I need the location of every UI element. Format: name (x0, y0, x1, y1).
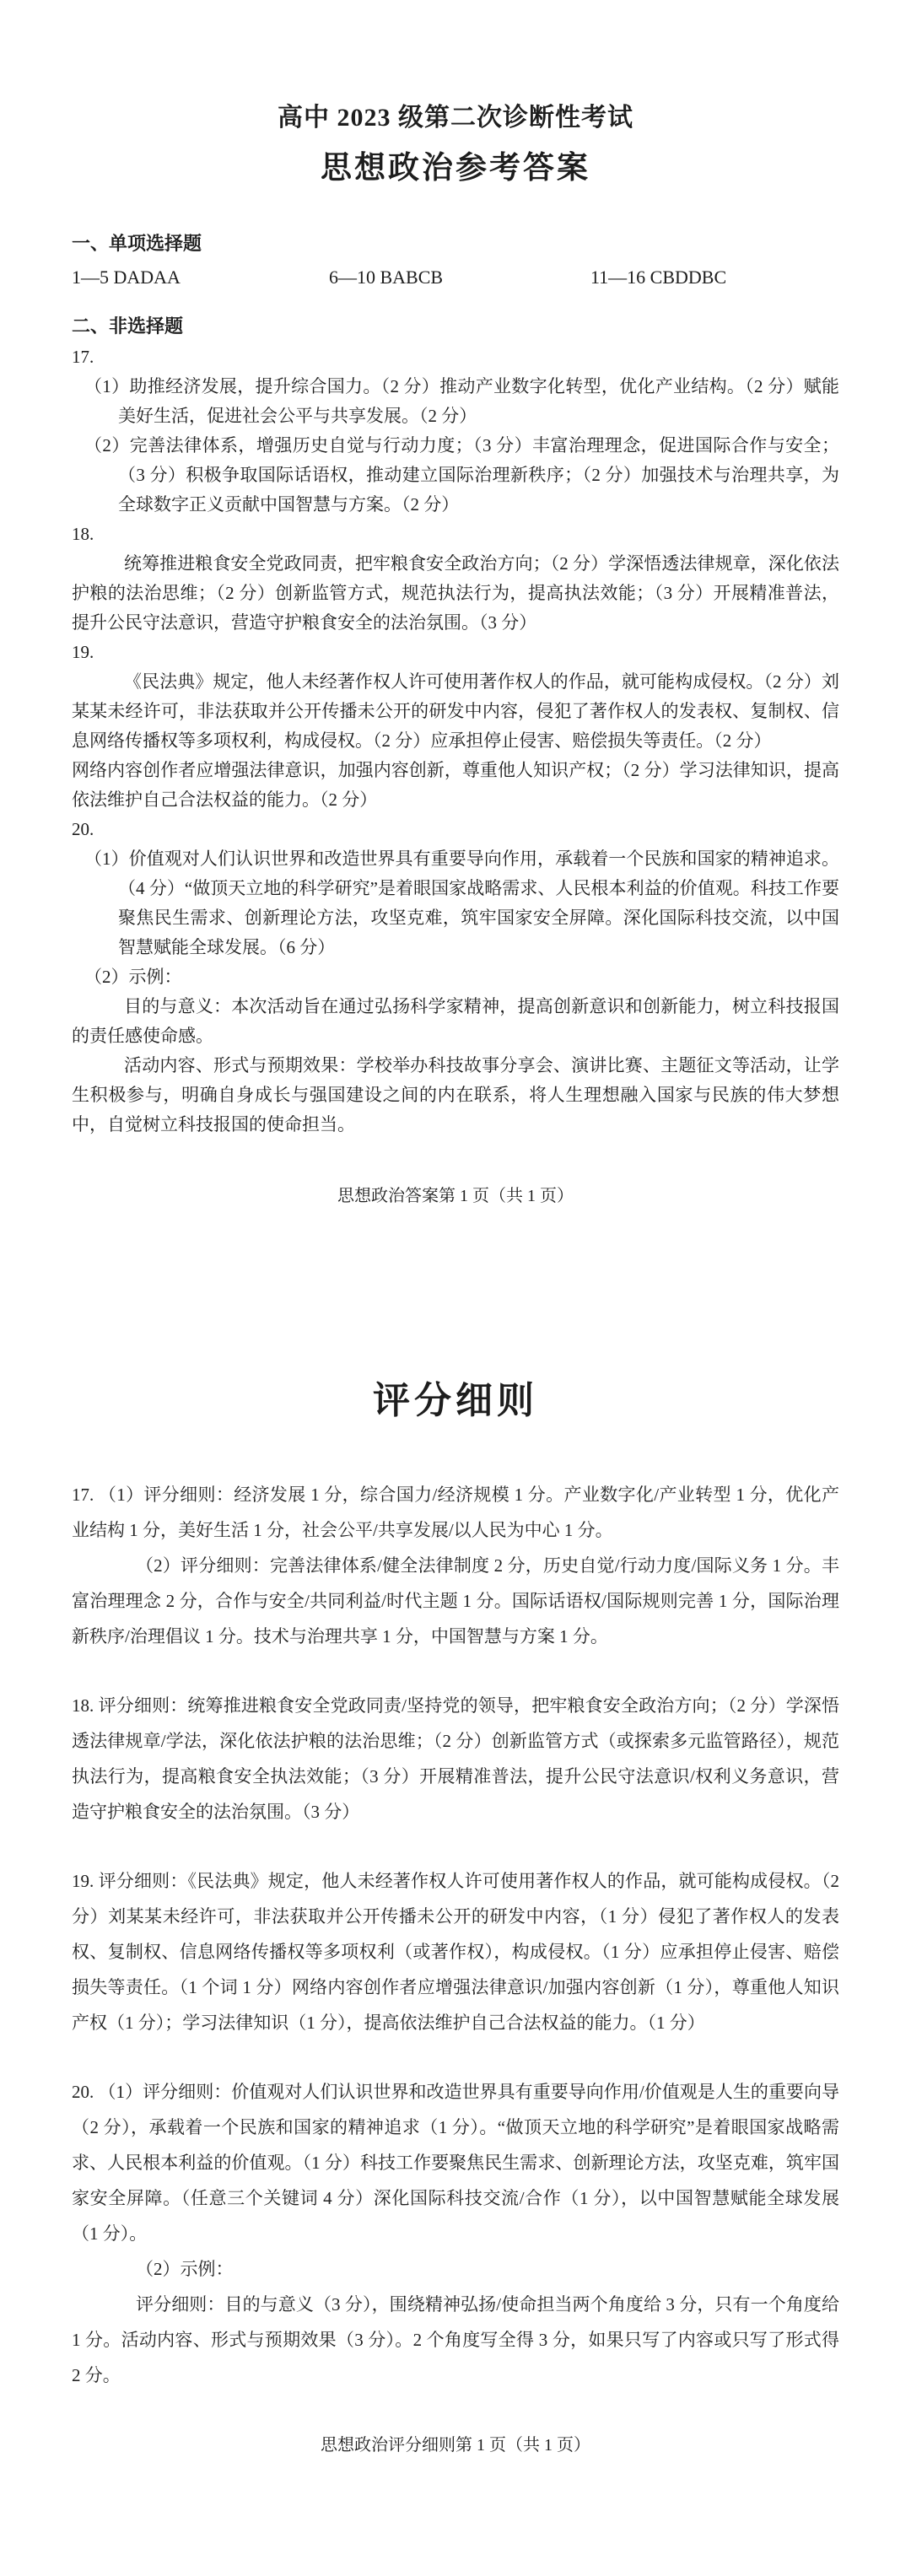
rubric-20-part2-detail: 评分细则：目的与意义（3 分），围绕精神弘扬/使命担当两个角度给 3 分，只有一… (72, 2287, 839, 2393)
document: 高中 2023 级第二次诊断性考试 思想政治参考答案 一、单项选择题 1—5 D… (0, 101, 911, 2460)
answer-20-activities: 活动内容、形式与预期效果：学校举办科技故事分享会、演讲比赛、主题征文等活动，让学… (72, 1051, 839, 1140)
section-heading-mcq: 一、单项选择题 (72, 231, 839, 256)
rubric-18: 18. 评分细则：统筹推进粮食安全党政同责/坚持党的领导，把牢粮食安全政治方向；… (72, 1688, 839, 1830)
rubric-20-part1: 20. （1）评分细则：价值观对人们认识世界和改造世界具有重要导向作用/价值观是… (72, 2074, 839, 2251)
answer-19-part2: 网络内容创作者应增强法律意识，加强内容创新，尊重他人知识产权；（2 分）学习法律… (72, 756, 839, 815)
rubric-title: 评分细则 (72, 1376, 839, 1426)
rubric-page: 评分细则 17. （1）评分细则：经济发展 1 分，综合国力/经济规模 1 分。… (0, 1376, 911, 2460)
rubric-20-part2-label: （2）示例： (72, 2251, 839, 2287)
answer-20-part1: （1）价值观对人们认识世界和改造世界具有重要导向作用，承载着一个民族和国家的精神… (72, 844, 839, 962)
answer-19-part1: 《民法典》规定，他人未经著作权人许可使用著作权人的作品，就可能构成侵权。（2 分… (72, 667, 839, 756)
page1-footer: 思想政治答案第 1 页（共 1 页） (72, 1182, 839, 1211)
mcq-answers-1-5: 1—5 DADAA (72, 263, 329, 292)
answer-20-part2-label: （2）示例： (72, 962, 839, 992)
question-number-20: 20. (72, 815, 839, 844)
answer-18: 统筹推进粮食安全党政同责，把牢粮食安全政治方向；（2 分）学深悟透法律规章，深化… (72, 549, 839, 638)
rubric-17-part2: （2）评分细则：完善法律体系/健全法律制度 2 分，历史自觉/行动力度/国际义务… (72, 1548, 839, 1654)
page2-footer: 思想政治评分细则第 1 页（共 1 页） (72, 2431, 839, 2460)
question-number-18: 18. (72, 520, 839, 549)
section-heading-frq: 二、非选择题 (72, 314, 839, 339)
question-number-17: 17. (72, 342, 839, 372)
answer-page: 高中 2023 级第二次诊断性考试 思想政治参考答案 一、单项选择题 1—5 D… (0, 101, 911, 1211)
answer-20-purpose: 目的与意义：本次活动旨在通过弘扬科学家精神，提高创新意识和创新能力，树立科技报国… (72, 992, 839, 1051)
answer-key-title: 思想政治参考答案 (72, 147, 839, 189)
mcq-answers-11-16: 11—16 CBDDBC (590, 263, 726, 292)
mcq-answers-6-10: 6—10 BABCB (329, 263, 590, 292)
question-number-19: 19. (72, 638, 839, 667)
exam-title: 高中 2023 级第二次诊断性考试 (72, 101, 839, 135)
mcq-answers-row: 1—5 DADAA 6—10 BABCB 11—16 CBDDBC (72, 263, 839, 292)
rubric-17-part1: 17. （1）评分细则：经济发展 1 分，综合国力/经济规模 1 分。产业数字化… (72, 1477, 839, 1548)
answer-17-part1: （1）助推经济发展，提升综合国力。（2 分）推动产业数字化转型，优化产业结构。（… (72, 372, 839, 431)
rubric-19: 19. 评分细则：《民法典》规定，他人未经著作权人许可使用著作权人的作品，就可能… (72, 1863, 839, 2040)
answer-17-part2: （2）完善法律体系，增强历史自觉与行动力度；（3 分）丰富治理理念，促进国际合作… (72, 431, 839, 520)
